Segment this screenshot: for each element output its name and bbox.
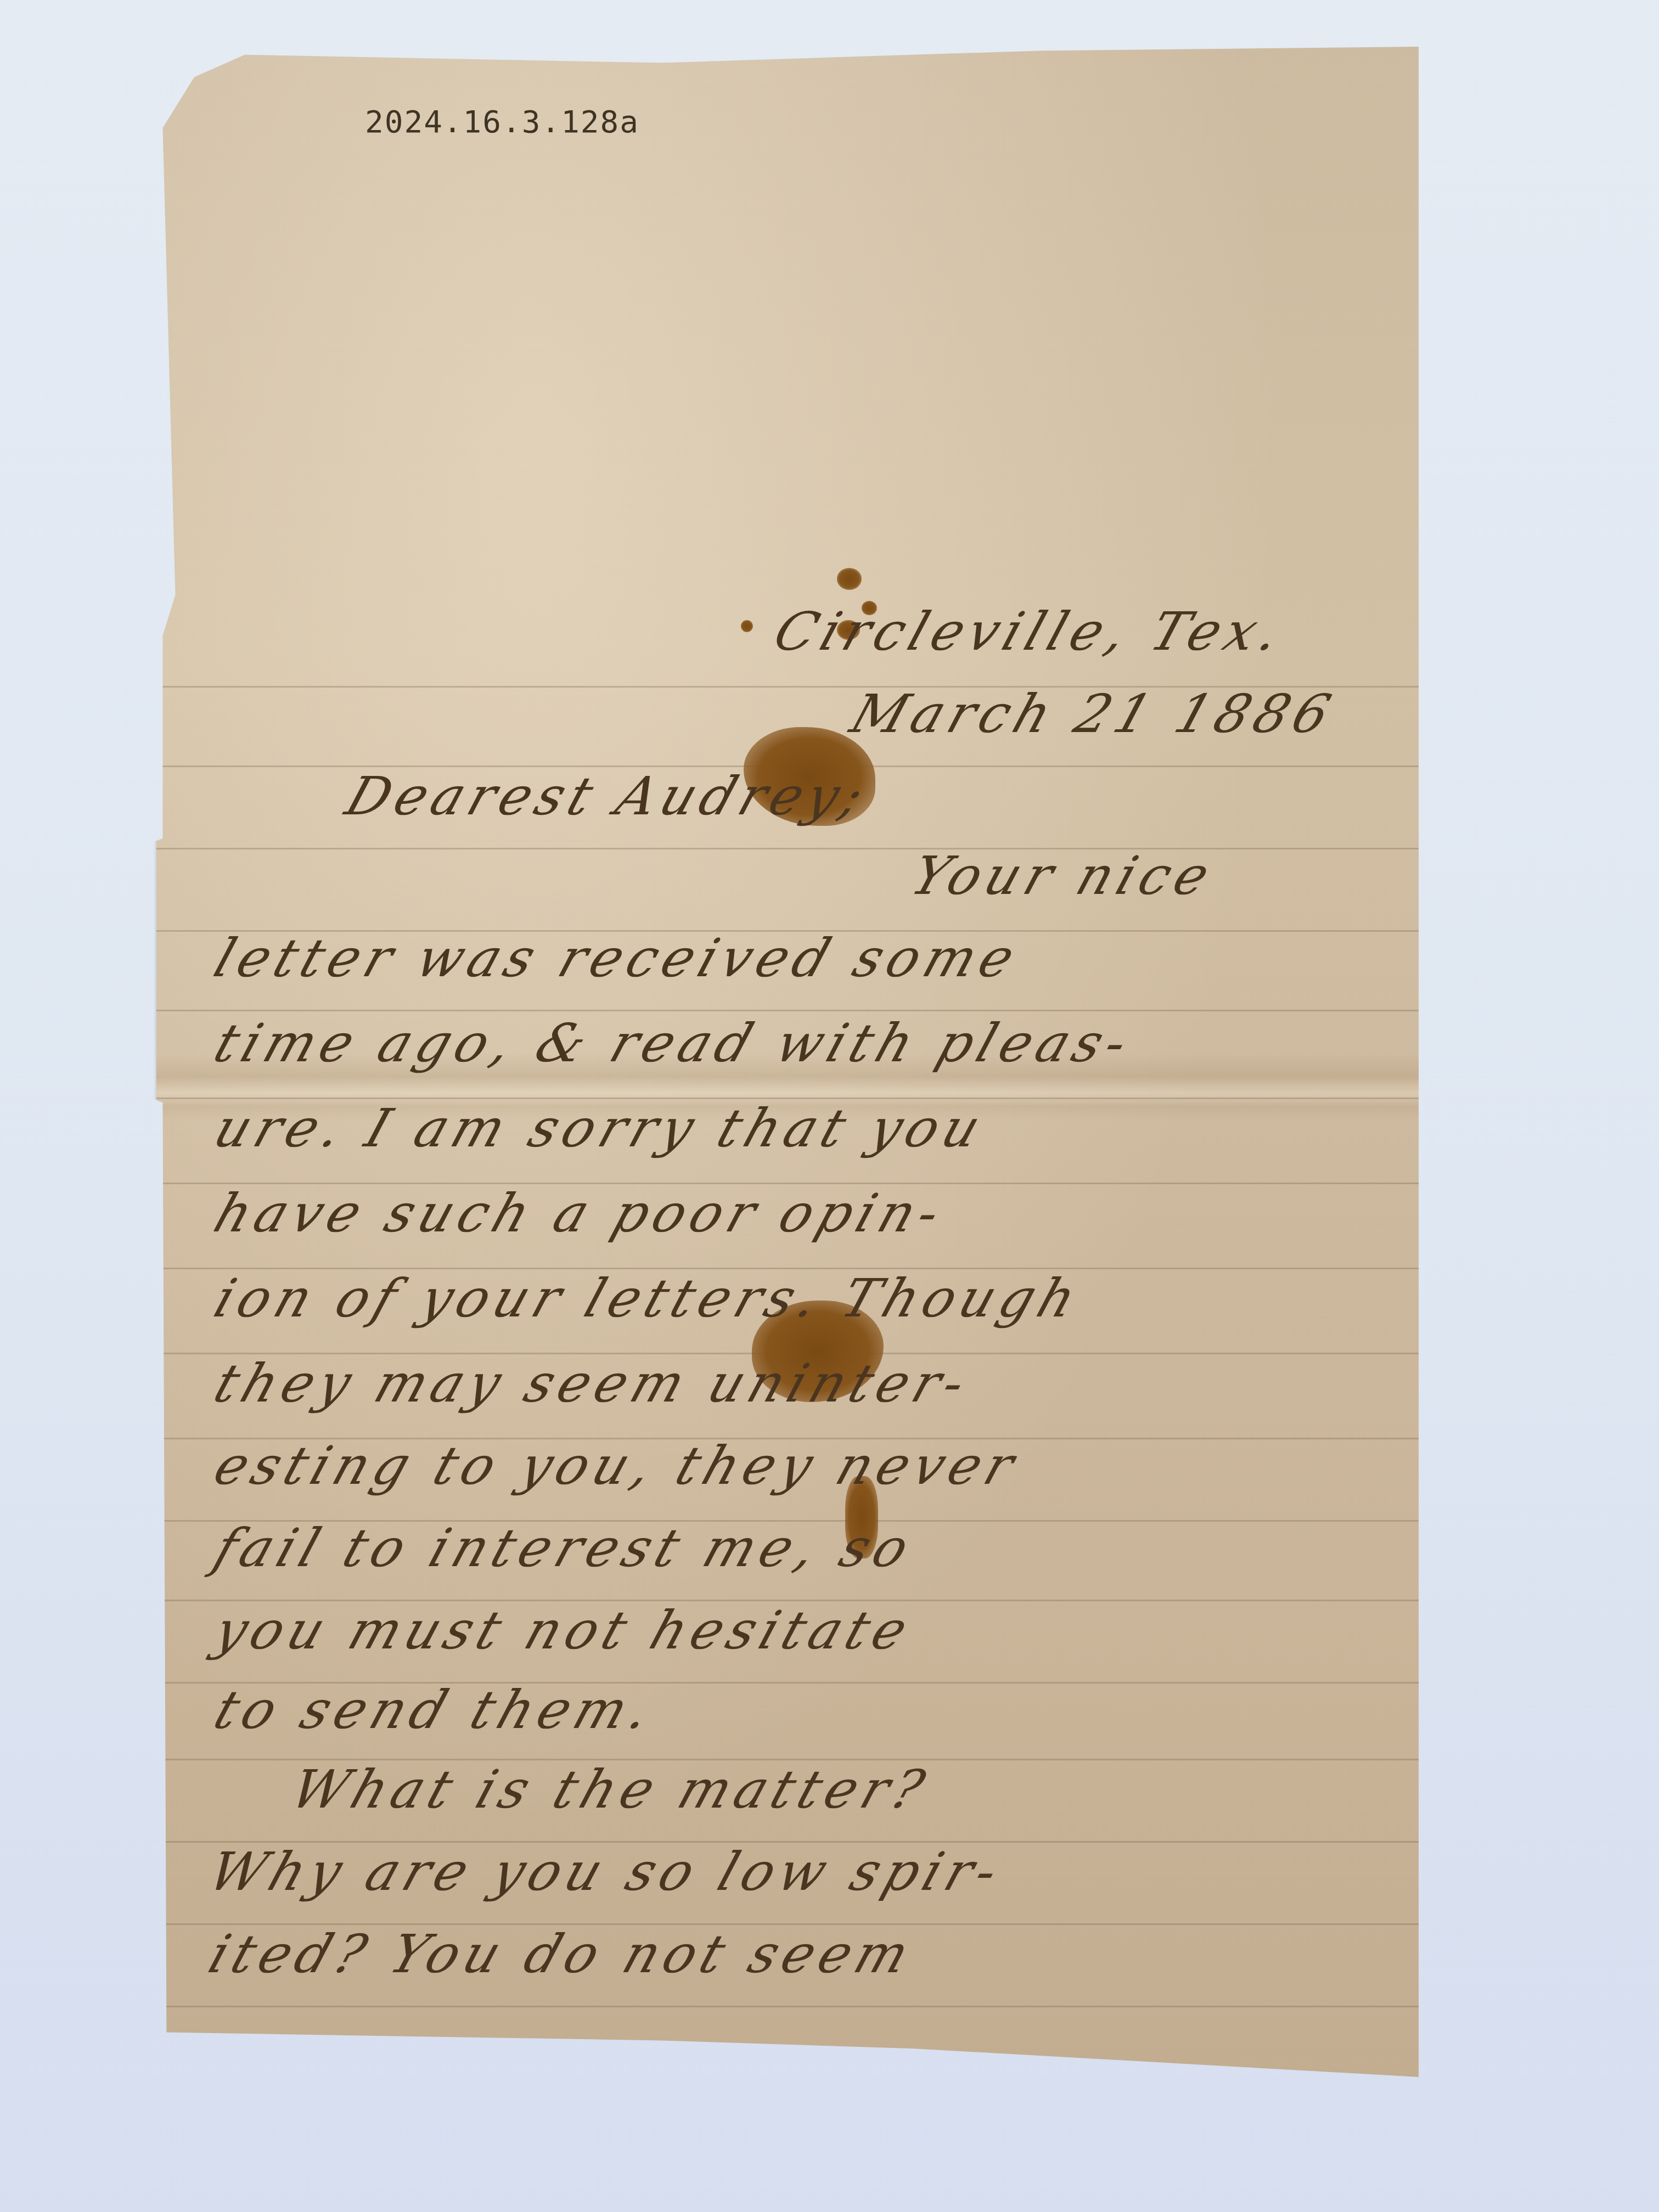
ink-stain: [741, 620, 753, 632]
letter-line: esting to you, they never: [207, 1435, 1027, 1496]
letter-line: to send them.: [207, 1679, 663, 1741]
letter-line: ion of your letters. Though: [207, 1268, 1089, 1329]
letter-line: fail to interest me, so: [207, 1517, 922, 1579]
letter-line: they may seem uninter-: [207, 1353, 978, 1414]
accession-number: 2024.16.3.128a: [365, 104, 639, 140]
ruled-line: [156, 2006, 1419, 2007]
letter-line: What is the matter?: [284, 1759, 937, 1820]
letter-line: Your nice: [904, 845, 1223, 907]
letter-salutation: Dearest Audrey;: [339, 766, 876, 827]
letter-line: you must not hesitate: [207, 1600, 921, 1661]
letter-date: March 21 1886: [843, 683, 1343, 745]
letter-line: have such a poor opin-: [207, 1183, 953, 1244]
ruled-line: [156, 848, 1419, 849]
letter-line: letter was received some: [207, 927, 1027, 989]
letter-place: Circleville, Tex.: [767, 601, 1294, 662]
ink-stain: [837, 568, 862, 590]
letter-line: time ago, & read with pleas-: [207, 1012, 1140, 1074]
letter-line: Why are you so low spir-: [201, 1841, 1011, 1903]
ruled-line: [156, 1010, 1419, 1011]
letter-page: 2024.16.3.128a Circleville, Tex. March 2…: [156, 47, 1419, 2077]
letter-line: ited? You do not seem: [201, 1923, 923, 1985]
letter-line: ure. I am sorry that you: [207, 1097, 993, 1159]
